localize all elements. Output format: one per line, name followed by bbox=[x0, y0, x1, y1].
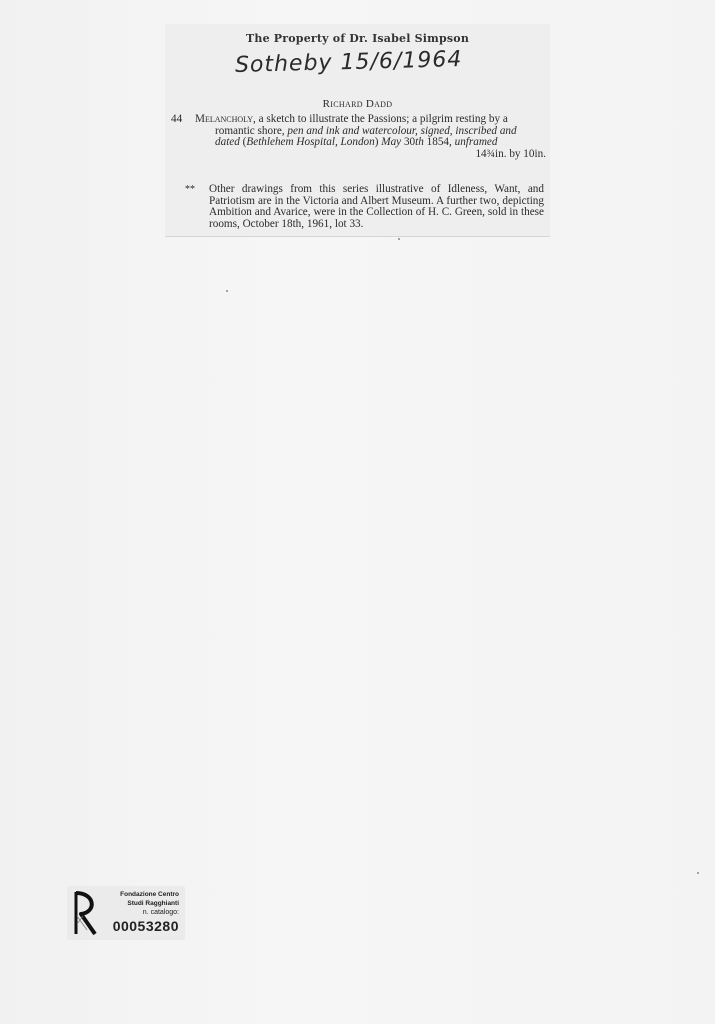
catalog-number: 00053280 bbox=[101, 918, 179, 934]
archive-label: Fondazione Centro Studi Ragghianti n. ca… bbox=[67, 886, 185, 940]
provenance-note: ** Other drawings from this series illus… bbox=[209, 184, 544, 230]
handwritten-sale-note: Sotheby 15/6/1964 bbox=[235, 47, 463, 78]
lot-description: Melancholy, a sketch to illustrate the P… bbox=[195, 114, 546, 160]
lot-number: 44 bbox=[171, 114, 182, 126]
ragghianti-logo-icon bbox=[73, 890, 99, 936]
lot-dimensions: 14¾in. by 10in. bbox=[195, 149, 546, 161]
lot-entry: 44 Melancholy, a sketch to illustrate th… bbox=[171, 114, 546, 160]
archive-label-text: Fondazione Centro Studi Ragghianti n. ca… bbox=[101, 890, 179, 934]
scan-speck bbox=[226, 290, 228, 292]
artist-name: Richard Dadd bbox=[165, 98, 550, 110]
lot-title: Melancholy bbox=[195, 113, 253, 125]
property-heading: The Property of Dr. Isabel Simpson bbox=[165, 32, 550, 45]
catalogue-clipping: The Property of Dr. Isabel Simpson Sothe… bbox=[165, 24, 550, 237]
scan-speck bbox=[398, 238, 400, 240]
asterism-icon: ** bbox=[185, 184, 195, 196]
scan-speck bbox=[697, 872, 699, 874]
